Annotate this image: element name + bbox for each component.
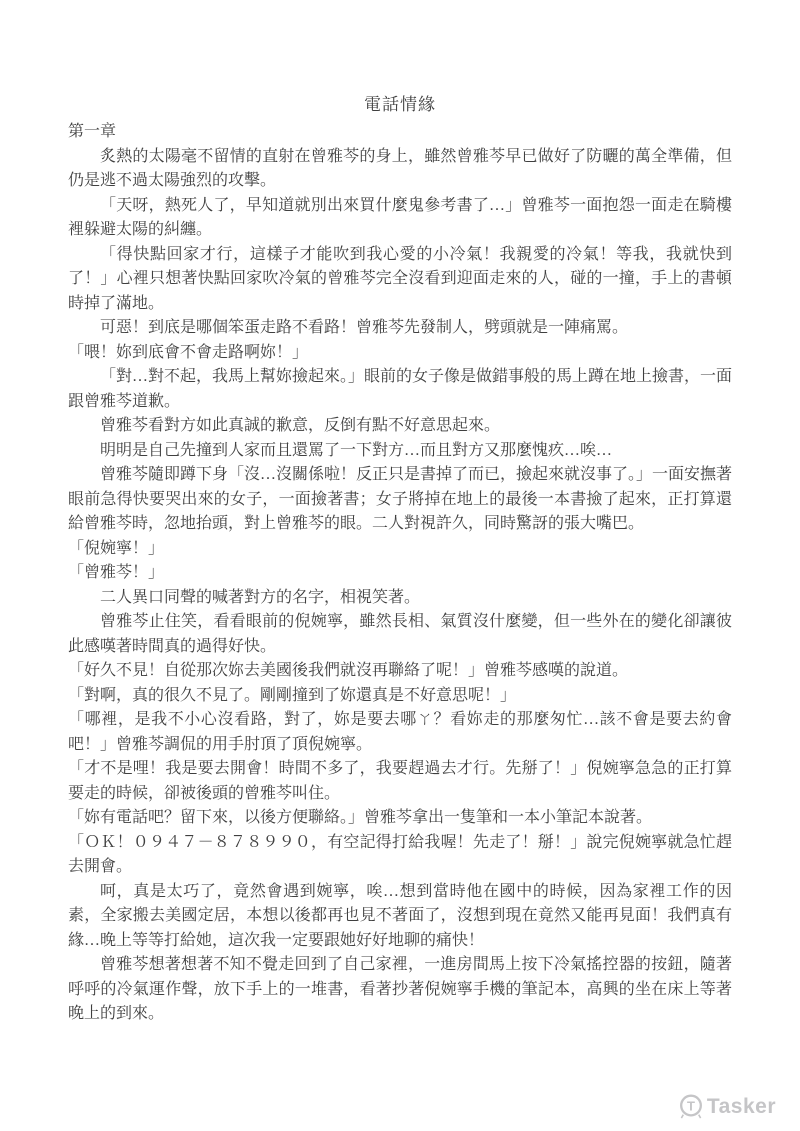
paragraph: 「對…對不起，我馬上幫妳撿起來。」眼前的女子像是做錯事般的馬上蹲在地上撿書，一面… <box>68 365 732 414</box>
paragraph: 曾雅芩想著想著不知不覺走回到了自己家裡，一進房間馬上按下冷氣搖控器的按鈕，隨著呼… <box>68 953 732 1027</box>
paragraph: 「才不是哩！我是要去開會！時間不多了，我要趕過去才行。先掰了！」倪婉寧急急的正打… <box>68 757 732 806</box>
document-title: 電話情緣 <box>68 92 732 117</box>
paragraph: 「曾雅芩！」 <box>68 561 732 586</box>
paragraph: 「喂！妳到底會不會走路啊妳！」 <box>68 341 732 366</box>
paragraph: 呵，真是太巧了，竟然會遇到婉寧，唉…想到當時他在國中的時候，因為家裡工作的因素，… <box>68 880 732 954</box>
tasker-logo-icon: T <box>678 1093 704 1120</box>
paragraph: 二人異口同聲的喊著對方的名字，相視笑著。 <box>68 586 732 611</box>
paragraph: 炙熱的太陽毫不留情的直射在曾雅芩的身上，雖然曾雅芩早已做好了防曬的萬全準備，但仍… <box>68 145 732 194</box>
paragraph: 「天呀，熱死人了，早知道就別出來買什麼鬼參考書了…」曾雅芩一面抱怨一面走在騎樓裡… <box>68 194 732 243</box>
paragraph: 可惡！到底是哪個笨蛋走路不看路！曾雅芩先發制人，劈頭就是一陣痛罵。 <box>68 316 732 341</box>
paragraph: 「倪婉寧！」 <box>68 537 732 562</box>
paragraph: 曾雅芩隨即蹲下身「沒…沒關係啦！反正只是書掉了而已，撿起來就沒事了。」一面安撫著… <box>68 463 732 537</box>
paragraph: 曾雅芩止住笑，看看眼前的倪婉寧，雖然長相、氣質沒什麼變，但一些外在的變化卻讓彼此… <box>68 610 732 659</box>
svg-text:T: T <box>687 1098 695 1113</box>
paragraph: 「得快點回家才行，這樣子才能吹到我心愛的小冷氣！我親愛的冷氣！等我，我就快到了！… <box>68 243 732 317</box>
paragraph: 「對啊，真的很久不見了。剛剛撞到了妳還真是不好意思呢！」 <box>68 684 732 709</box>
paragraph: 「好久不見！自從那次妳去美國後我們就沒再聯絡了呢！」曾雅芩感嘆的說道。 <box>68 659 732 684</box>
chapter-heading: 第一章 <box>68 120 732 145</box>
paragraph: 曾雅芩看對方如此真誠的歉意，反倒有點不好意思起來。 <box>68 414 732 439</box>
paragraph: 「妳有電話吧？留下來，以後方便聯絡。」曾雅芩拿出一隻筆和一本小筆記本說著。 <box>68 806 732 831</box>
document-page: 電話情緣 第一章 炙熱的太陽毫不留情的直射在曾雅芩的身上，雖然曾雅芩早已做好了防… <box>0 0 800 1131</box>
watermark-text: Tasker <box>707 1095 776 1119</box>
paragraph: 明明是自己先撞到人家而且還罵了一下對方…而且對方又那麼愧疚…唉… <box>68 439 732 464</box>
paragraph: 「ＯＫ！０９４７－８７８９９０，有空記得打給我喔！先走了！掰！」說完倪婉寧就急忙… <box>68 831 732 880</box>
watermark: T Tasker <box>678 1093 776 1120</box>
document-content: 電話情緣 第一章 炙熱的太陽毫不留情的直射在曾雅芩的身上，雖然曾雅芩早已做好了防… <box>68 92 732 1027</box>
paragraph: 「哪裡，是我不小心沒看路，對了，妳是要去哪ㄚ？看妳走的那麼匆忙…該不會是要去約會… <box>68 708 732 757</box>
